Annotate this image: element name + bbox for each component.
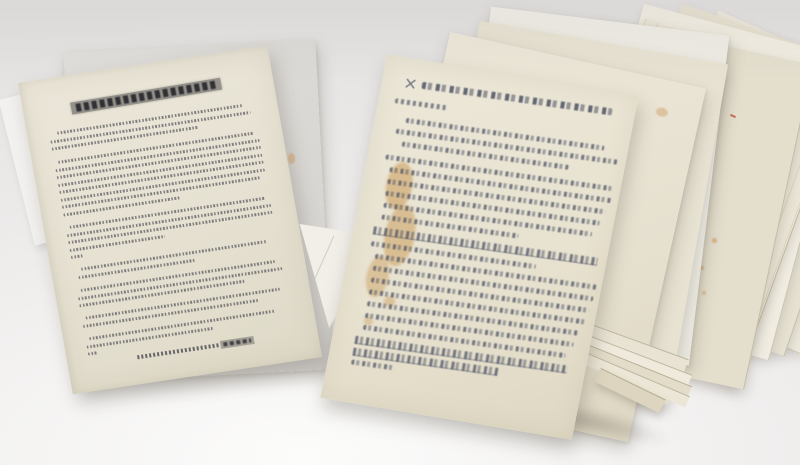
photo-canvas: 4602 11 xyxy=(0,0,800,465)
typed-document-page xyxy=(18,46,322,395)
text-line xyxy=(351,359,395,370)
text-line xyxy=(71,254,83,259)
typed-text-block xyxy=(18,46,322,395)
text-line xyxy=(57,104,244,135)
stain-spot xyxy=(655,106,669,117)
stain-spot xyxy=(288,153,295,164)
stain-spot xyxy=(702,291,706,295)
text-line xyxy=(68,211,272,245)
text-line xyxy=(69,234,165,252)
stain-spot xyxy=(712,238,717,243)
text-line xyxy=(88,351,98,356)
